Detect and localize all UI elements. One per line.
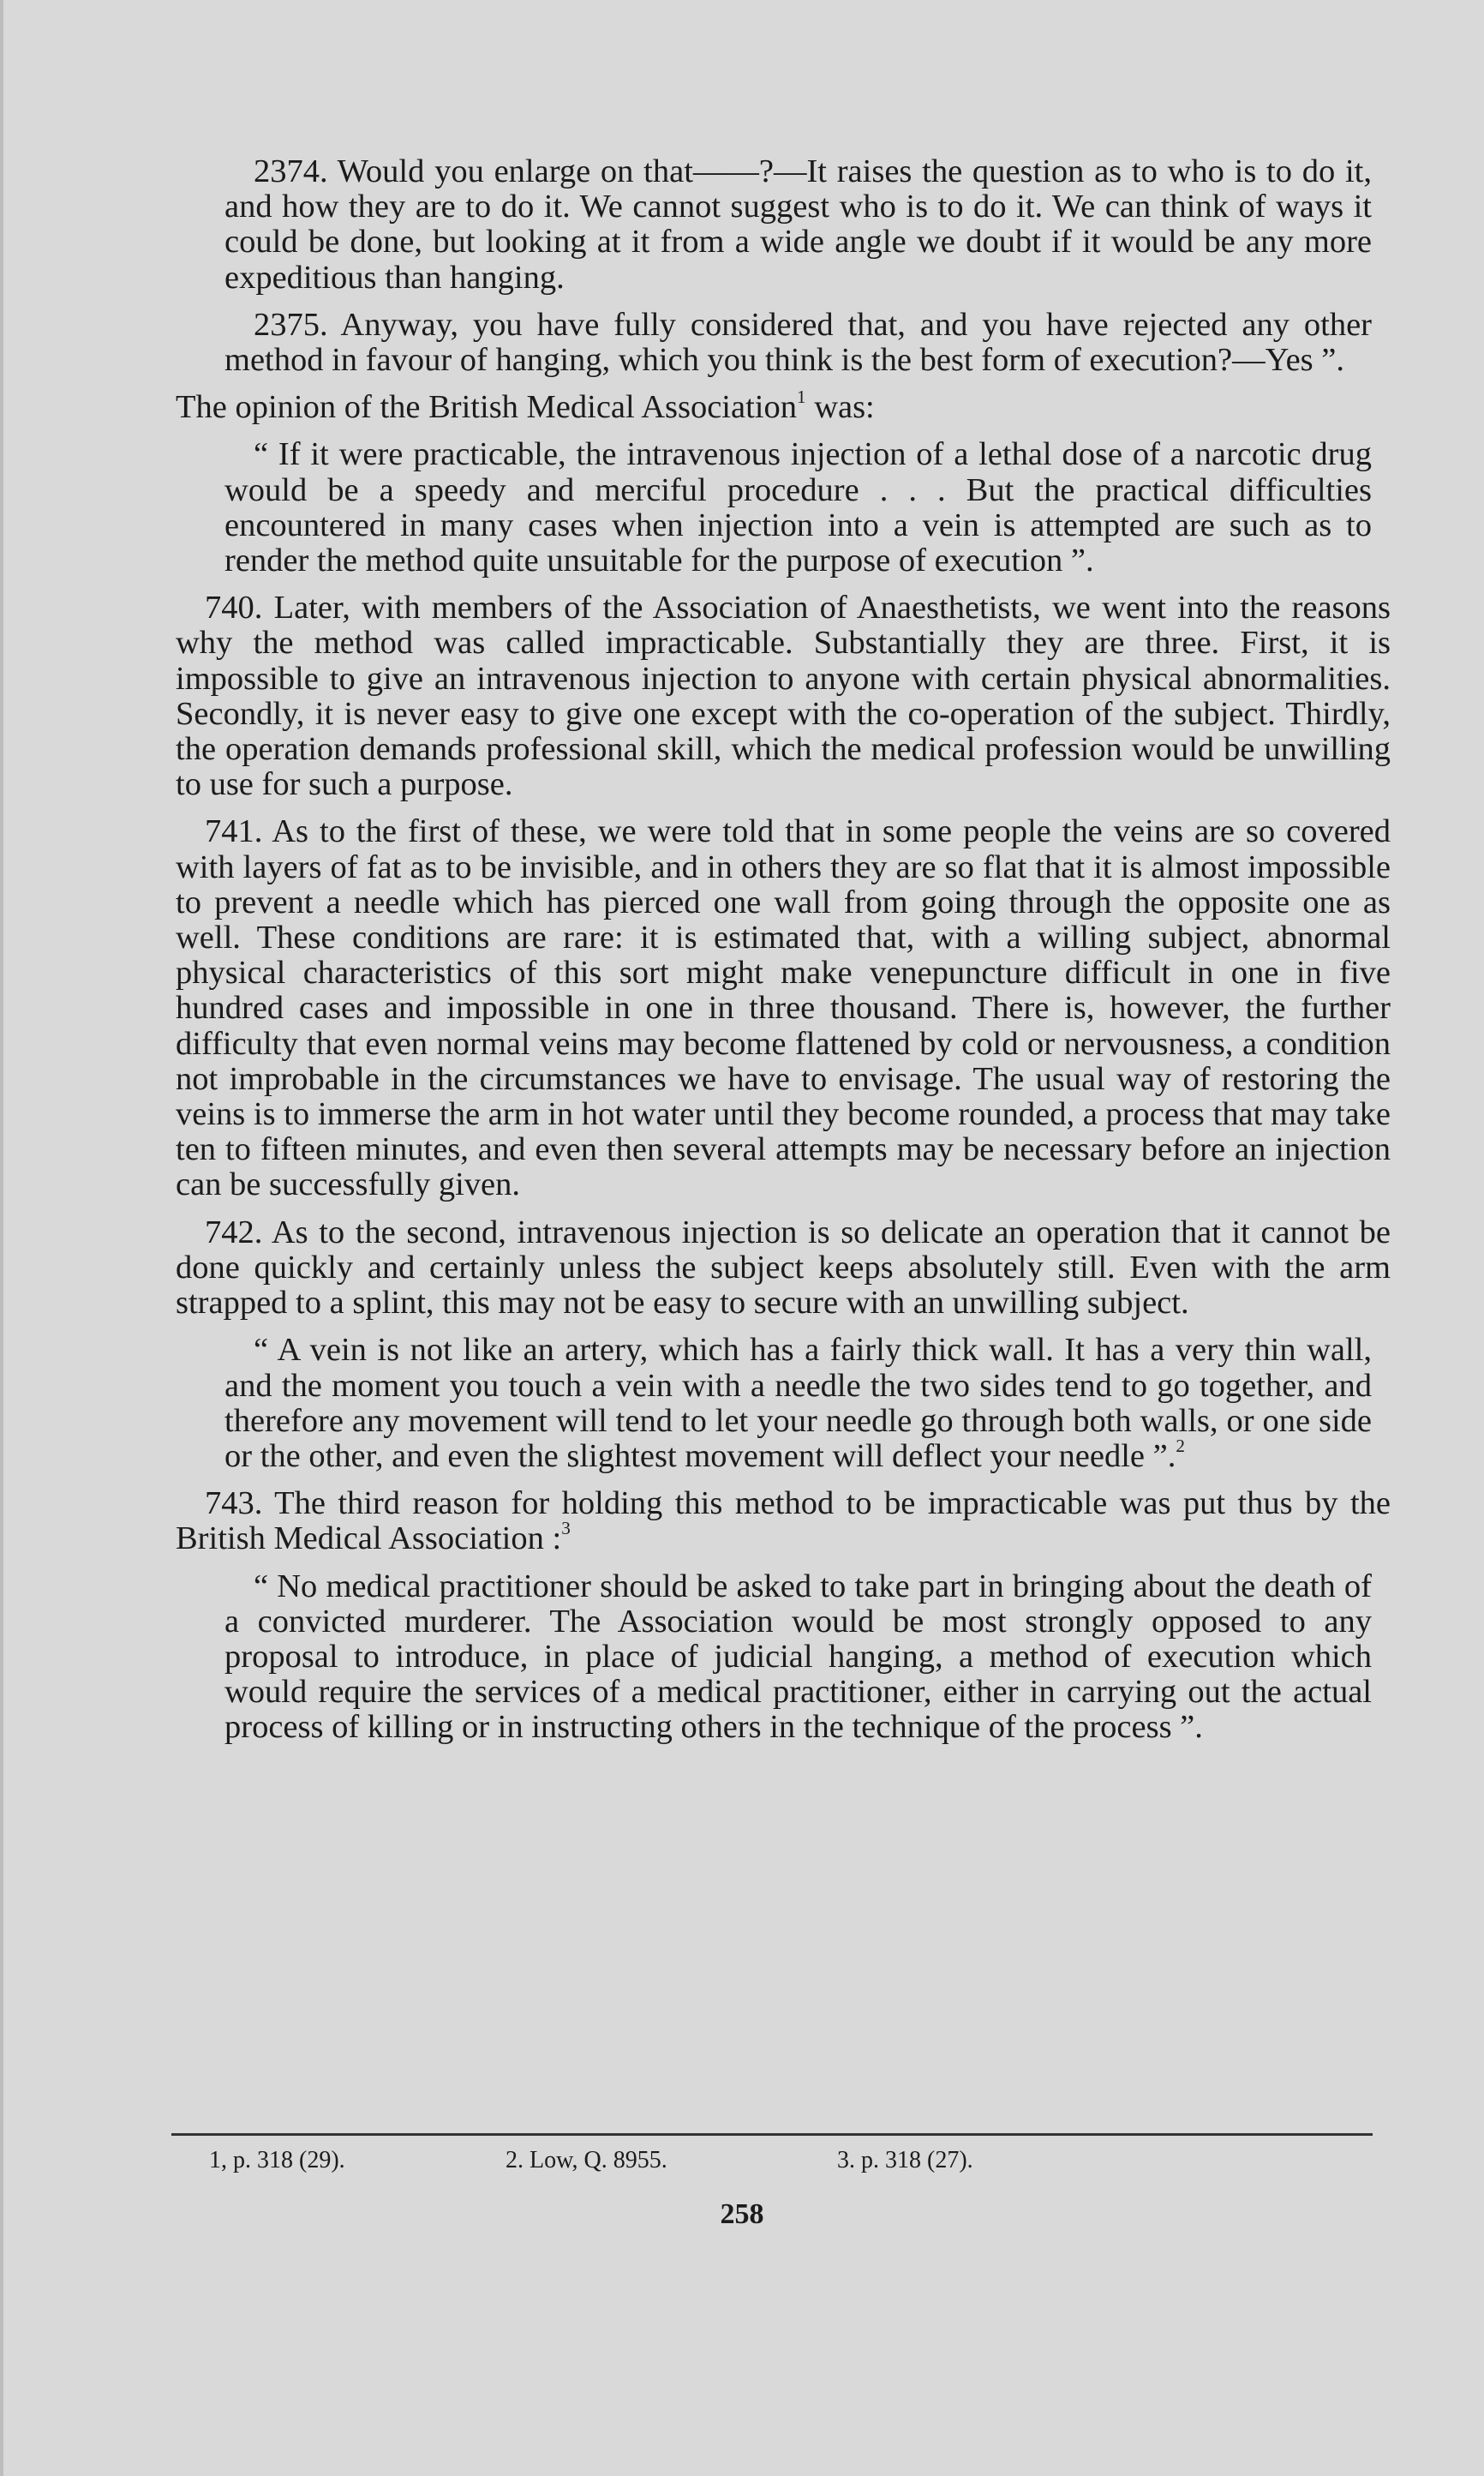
- bma-quote: “ If it were practicable, the intravenou…: [224, 437, 1372, 579]
- footnote-2: 2. Low, Q. 8955.: [506, 2146, 667, 2175]
- paragraph-742: 742. As to the second, intravenous injec…: [176, 1215, 1391, 1322]
- footnote-ref: 3: [561, 1518, 571, 1538]
- paragraph-text: 743. The third reason for holding this m…: [176, 1485, 1391, 1556]
- paragraph-2374: 2374. Would you enlarge on that——?—It ra…: [224, 154, 1372, 296]
- body-text: 2374. Would you enlarge on that——?—It ra…: [176, 154, 1391, 1758]
- quote-text: “ If it were practicable, the intravenou…: [224, 436, 1372, 579]
- paragraph-743: 743. The third reason for holding this m…: [176, 1486, 1391, 1556]
- page-edge: [0, 0, 3, 2476]
- bma-quote-2: “ No medical practitioner should be aske…: [224, 1569, 1372, 1746]
- paragraph-text: 2375. Anyway, you have fully considered …: [224, 307, 1372, 378]
- footnote-ref: 1: [797, 387, 806, 407]
- footnote-1: 1, p. 318 (29).: [209, 2146, 345, 2175]
- paragraph-text: was:: [806, 389, 875, 425]
- footnote-3: 3. p. 318 (27).: [837, 2146, 973, 2175]
- paragraph-text: The opinion of the British Medical Assoc…: [176, 389, 797, 425]
- footnote-divider: [171, 2133, 1373, 2136]
- bma-intro: The opinion of the British Medical Assoc…: [176, 390, 1391, 425]
- page-number: 258: [0, 2198, 1484, 2231]
- paragraph-740: 740. Later, with members of the Associat…: [176, 591, 1391, 802]
- vein-quote: “ A vein is not like an artery, which ha…: [224, 1333, 1372, 1474]
- paragraph-741: 741. As to the first of these, we were t…: [176, 814, 1391, 1202]
- quote-text: “ A vein is not like an artery, which ha…: [224, 1332, 1372, 1474]
- quote-text: “ No medical practitioner should be aske…: [224, 1568, 1372, 1746]
- footnote-ref: 2: [1176, 1436, 1185, 1456]
- paragraph-text: 2374. Would you enlarge on that——?—It ra…: [224, 153, 1372, 296]
- paragraph-text: 742. As to the second, intravenous injec…: [176, 1214, 1391, 1321]
- paragraph-2375: 2375. Anyway, you have fully considered …: [224, 308, 1372, 378]
- paragraph-text: 740. Later, with members of the Associat…: [176, 590, 1391, 802]
- paragraph-text: 741. As to the first of these, we were t…: [176, 813, 1391, 1202]
